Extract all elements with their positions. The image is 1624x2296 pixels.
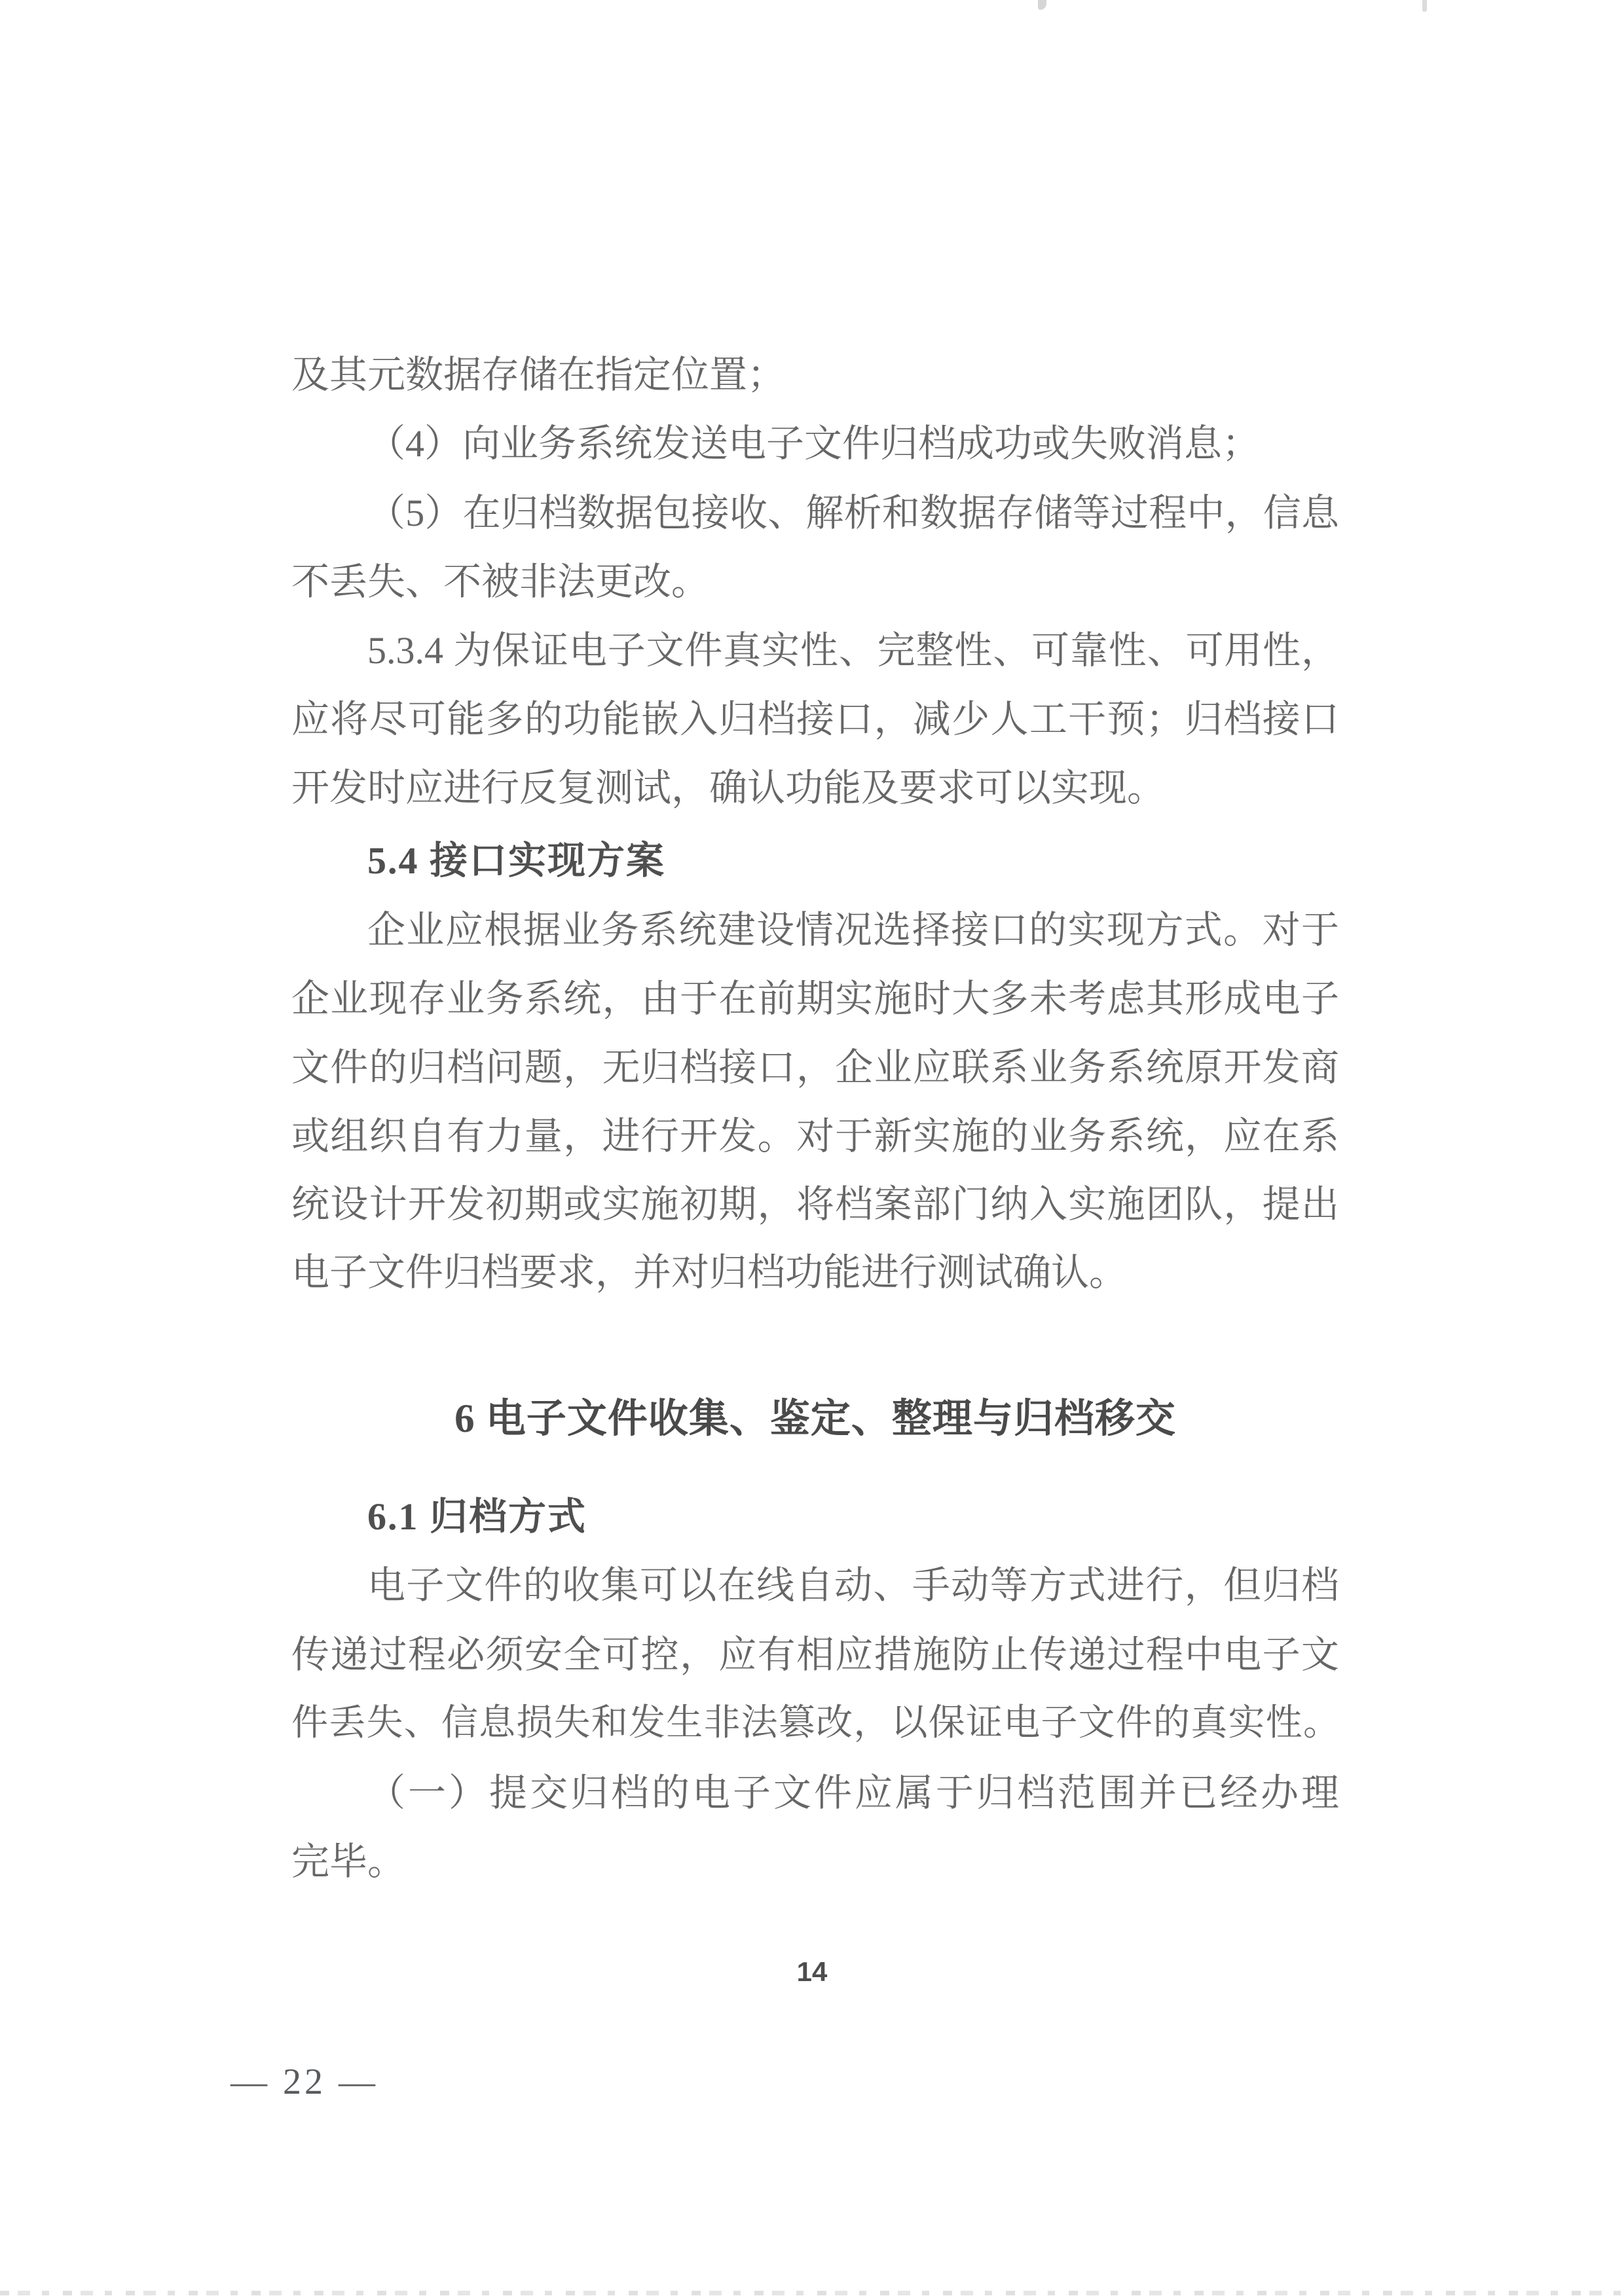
body-line-item-4: （4）向业务系统发送电子文件归档成功或失败消息； [291, 422, 1339, 466]
body-line: 件丢失、信息损失和发生非法篡改，以保证电子文件的真实性。 [291, 1702, 1339, 1744]
scan-artifact-top-right-speck [1422, 0, 1427, 12]
body-line: 文件的归档问题，无归档接口，企业应联系业务系统原开发商 [291, 1046, 1339, 1090]
scan-artifact-bottom-bleed [0, 2291, 1624, 2295]
body-line: 及其元数据存储在指定位置； [291, 354, 1339, 397]
chapter-heading-6: 6 电子文件收集、鉴定、整理与归档移交 [291, 1387, 1339, 1444]
body-line: 企业应根据业务系统建设情况选择接口的实现方式。对于 [291, 909, 1339, 953]
body-line-item-yi: （一）提交归档的电子文件应属于归档范围并已经办理 [291, 1772, 1339, 1815]
body-line: 统设计开发初期或实施初期，将档案部门纳入实施团队，提出 [291, 1183, 1339, 1227]
body-line: 企业现存业务系统，由于在前期实施时大多未考虑其形成电子 [291, 977, 1339, 1021]
body-line: 完毕。 [291, 1840, 1339, 1884]
body-line-clause-5-3-4: 5.3.4 为保证电子文件真实性、完整性、可靠性、可用性， [291, 629, 1339, 673]
body-line: 传递过程必须安全可控，应有相应措施防止传递过程中电子文 [291, 1633, 1339, 1677]
body-line: 应将尽可能多的功能嵌入归档接口，减少人工干预；归档接口 [291, 698, 1339, 742]
document-page: 及其元数据存储在指定位置； （4）向业务系统发送电子文件归档成功或失败消息； （… [0, 0, 1624, 2296]
body-line: 电子文件归档要求，并对归档功能进行测试确认。 [291, 1251, 1339, 1295]
section-heading-6-1: 6.1 归档方式 [291, 1495, 1339, 1539]
scan-artifact-top-left-speck [1038, 0, 1046, 10]
body-line-item-5: （5）在归档数据包接收、解析和数据存储等过程中，信息 [291, 492, 1339, 536]
section-heading-5-4: 5.4 接口实现方案 [291, 839, 1339, 883]
body-line: 开发时应进行反复测试，确认功能及要求可以实现。 [291, 767, 1339, 811]
body-line: 不丢失、不被非法更改。 [291, 560, 1339, 604]
inner-page-number: 14 [779, 1956, 845, 1988]
body-line: 或组织自有力量，进行开发。对于新实施的业务系统，应在系 [291, 1115, 1339, 1159]
folio-page-number: — 22 — [231, 2061, 378, 2103]
body-line: 电子文件的收集可以在线自动、手动等方式进行，但归档 [291, 1564, 1339, 1608]
